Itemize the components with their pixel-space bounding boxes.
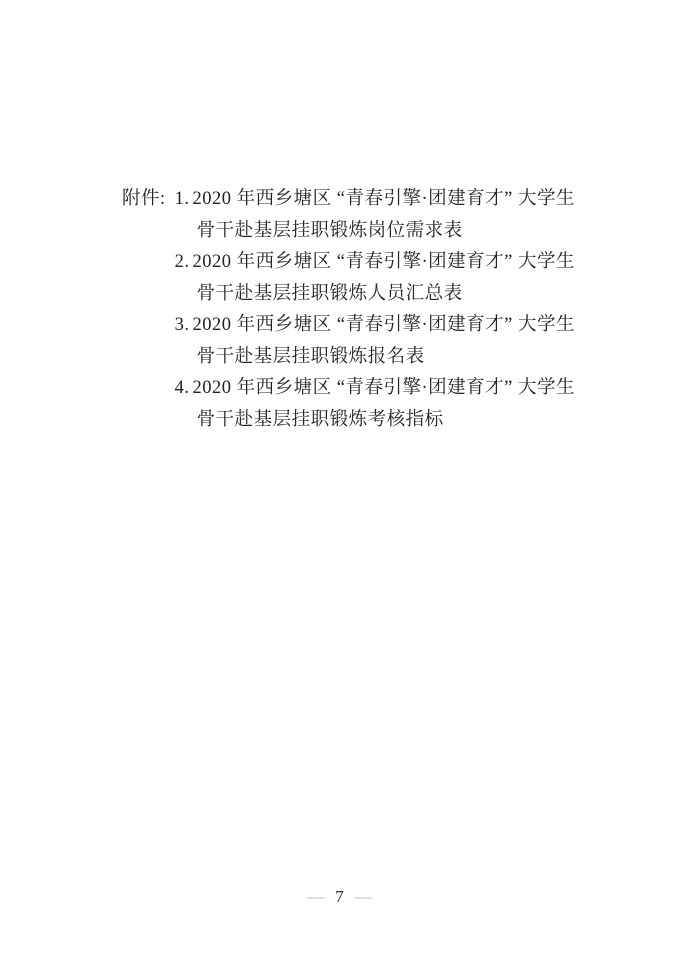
page-footer: —7— xyxy=(0,886,679,908)
attachment-item-4: 4.2020 年西乡塘区 “青春引擎·团建育才” 大学生 骨干赴基层挂职锻炼考核… xyxy=(175,373,575,436)
attachment-item-2: 2.2020 年西乡塘区 “青春引擎·团建育才” 大学生 骨干赴基层挂职锻炼人员… xyxy=(175,247,575,310)
attachment-item-1-continuation: 骨干赴基层挂职锻炼岗位需求表 xyxy=(175,216,575,248)
attachment-item-4-continuation: 骨干赴基层挂职锻炼考核指标 xyxy=(175,405,575,437)
attachment-item-1-number: 1. xyxy=(175,189,190,209)
footer-right-dash: — xyxy=(355,887,372,906)
attachment-item-2-text: 2020 年西乡塘区 “青春引擎·团建育才” 大学生 xyxy=(193,252,575,272)
attachment-item-3-text: 2020 年西乡塘区 “青春引擎·团建育才” 大学生 xyxy=(193,315,575,335)
footer-left-dash: — xyxy=(307,887,324,906)
attachment-items: 1.2020 年西乡塘区 “青春引擎·团建育才” 大学生 骨干赴基层挂职锻炼岗位… xyxy=(175,184,575,436)
attachment-item-1-text: 2020 年西乡塘区 “青春引擎·团建育才” 大学生 xyxy=(193,189,575,209)
attachment-item-1: 1.2020 年西乡塘区 “青春引擎·团建育才” 大学生 骨干赴基层挂职锻炼岗位… xyxy=(175,184,575,247)
page-number: 7 xyxy=(335,887,344,906)
attachment-item-3-continuation: 骨干赴基层挂职锻炼报名表 xyxy=(175,342,575,374)
attachment-item-2-title-line: 2.2020 年西乡塘区 “青春引擎·团建育才” 大学生 xyxy=(175,247,575,279)
attachment-item-2-continuation: 骨干赴基层挂职锻炼人员汇总表 xyxy=(175,279,575,311)
attachment-item-3-number: 3. xyxy=(175,315,190,335)
document-page: 附件: 1.2020 年西乡塘区 “青春引擎·团建育才” 大学生 骨干赴基层挂职… xyxy=(0,0,679,960)
attachment-list-block: 附件: 1.2020 年西乡塘区 “青春引擎·团建育才” 大学生 骨干赴基层挂职… xyxy=(122,184,575,436)
attachment-item-4-number: 4. xyxy=(175,378,190,398)
attachment-item-4-text: 2020 年西乡塘区 “青春引擎·团建育才” 大学生 xyxy=(193,378,575,398)
attachment-item-2-number: 2. xyxy=(175,252,190,272)
attachment-item-3: 3.2020 年西乡塘区 “青春引擎·团建育才” 大学生 骨干赴基层挂职锻炼报名… xyxy=(175,310,575,373)
attachment-item-4-title-line: 4.2020 年西乡塘区 “青春引擎·团建育才” 大学生 xyxy=(175,373,575,405)
attachment-label: 附件: xyxy=(122,184,166,216)
attachment-item-3-title-line: 3.2020 年西乡塘区 “青春引擎·团建育才” 大学生 xyxy=(175,310,575,342)
attachment-item-1-title-line: 1.2020 年西乡塘区 “青春引擎·团建育才” 大学生 xyxy=(175,184,575,216)
